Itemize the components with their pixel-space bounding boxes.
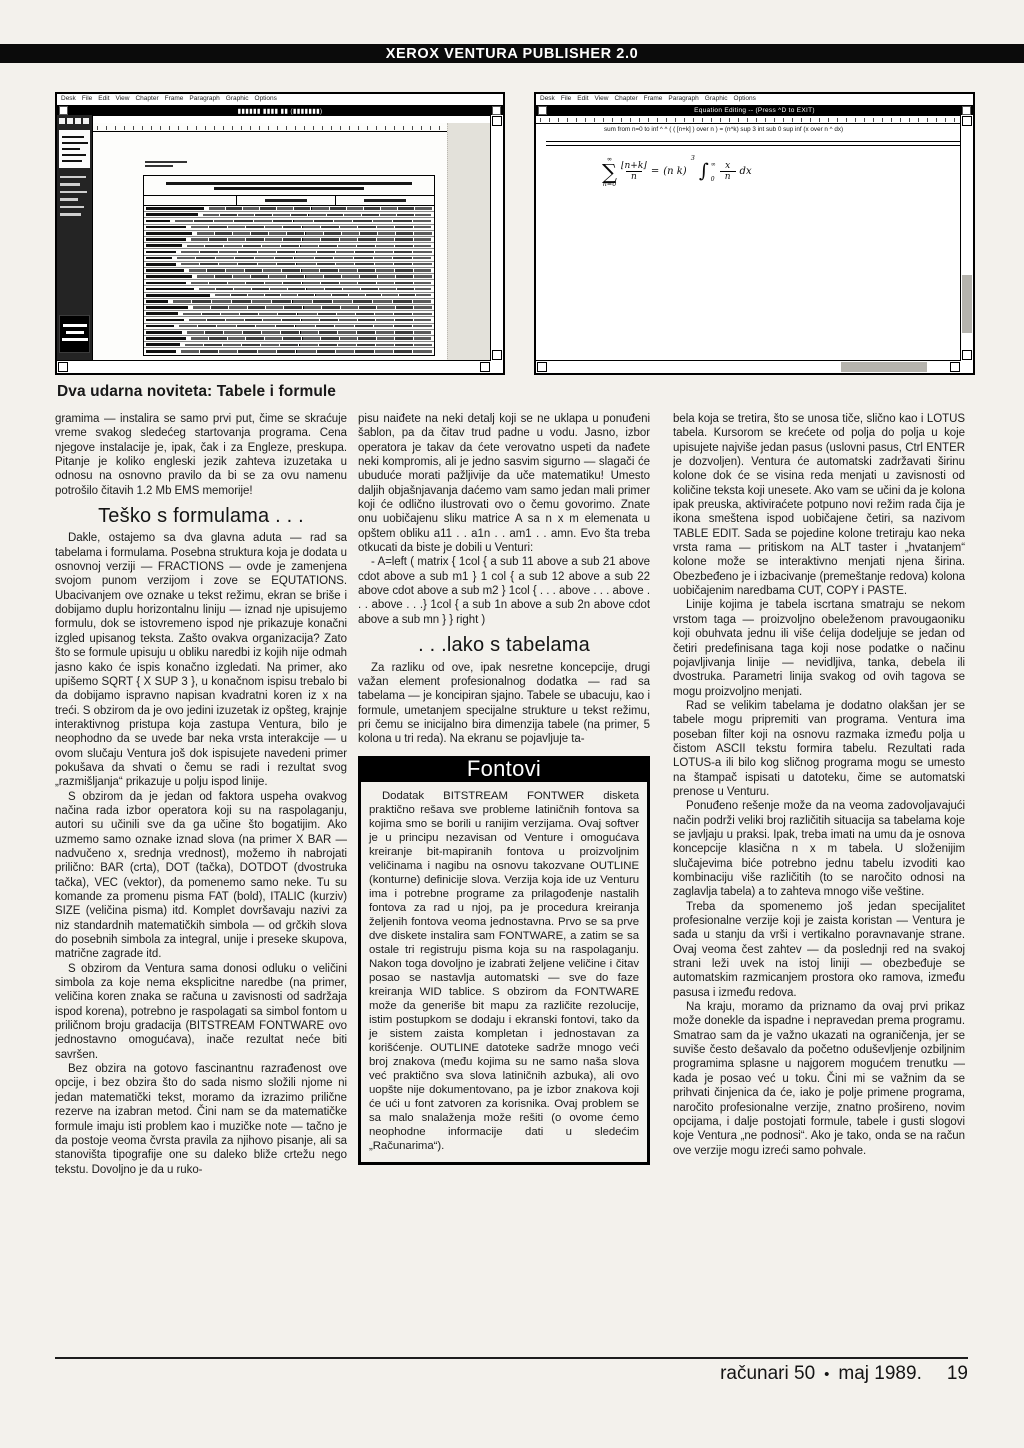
integral-lower-limit: 0 bbox=[711, 176, 716, 183]
column1-intro: gramima — instalira se samo prvi put, či… bbox=[55, 412, 347, 498]
scroll-left-icon bbox=[537, 362, 547, 372]
sum-lower-limit: n=0 bbox=[603, 181, 617, 188]
sidebar-file-list bbox=[57, 176, 92, 216]
paragraph: pisu naiđete na neki detalj koji se ne u… bbox=[358, 412, 650, 555]
paragraph: gramima — instalira se samo prvi put, či… bbox=[55, 412, 347, 498]
vertical-scrollbar bbox=[490, 115, 503, 361]
inner-numerator: x bbox=[725, 161, 730, 171]
integral-limits: ∞ 0 bbox=[711, 161, 716, 183]
integral-symbol: ∫ bbox=[699, 163, 709, 180]
footer-date: maj 1989. bbox=[838, 1363, 921, 1385]
frame-mode-icon bbox=[59, 118, 65, 124]
column2-intro: pisu naiđete na neki detalj koji se ne u… bbox=[358, 412, 650, 627]
equals-sign: = bbox=[651, 166, 659, 177]
menu-item: Graphic bbox=[705, 95, 728, 105]
window-title: ▮▮▮▮▮▮ ▮▮▮▮ ▮▮ (▮▮▮▮▮▮▮) bbox=[70, 107, 490, 115]
paragraph: bela koja se tretira, što se unosa tiče,… bbox=[673, 412, 965, 598]
menu-item: Options bbox=[255, 95, 277, 105]
window-full-icon bbox=[962, 106, 971, 115]
vertical-scrollbar bbox=[960, 115, 973, 361]
table-title-block bbox=[143, 175, 435, 196]
sidebar-list-box bbox=[59, 130, 90, 168]
fontovi-box-body: Dodatak BITSTREAM FONTWER disketa prakti… bbox=[361, 782, 647, 1162]
menu-item: Graphic bbox=[226, 95, 249, 105]
menu-item: Frame bbox=[644, 95, 663, 105]
menu-item: Options bbox=[734, 95, 756, 105]
menu-item: Edit bbox=[98, 95, 109, 105]
footer-journal: računari 50 bbox=[720, 1363, 815, 1385]
window-title-bar: ▮▮▮▮▮▮ ▮▮▮▮ ▮▮ (▮▮▮▮▮▮▮) bbox=[57, 105, 503, 116]
paragraph: Ponuđeno rešenje može da na veoma zadovo… bbox=[673, 799, 965, 899]
fraction-block: ⌊n+k⌋ n bbox=[621, 161, 647, 183]
sum-block: ∞ ∑ n=0 bbox=[602, 156, 617, 188]
article-headline: Dva udarna noviteta: Tabele i formule bbox=[57, 383, 336, 401]
power-base: (n k) bbox=[663, 166, 686, 177]
ruler bbox=[93, 123, 490, 132]
paragraph: Linije kojima je tabela iscrtana smatraj… bbox=[673, 598, 965, 698]
fraction-numerator: ⌊n+k⌋ bbox=[621, 161, 647, 171]
menu-item: Frame bbox=[165, 95, 184, 105]
power-exponent: 3 bbox=[691, 154, 695, 162]
section-heading-tables: . . .lako s tabelama bbox=[358, 638, 650, 652]
ruler bbox=[536, 115, 960, 124]
fontovi-box: Fontovi Dodatak BITSTREAM FONTWER disket… bbox=[358, 756, 650, 1165]
horizontal-scrollbar bbox=[57, 360, 491, 373]
menu-bar: DeskFileEditViewChapterFrameParagraphGra… bbox=[57, 94, 503, 105]
menu-item: File bbox=[561, 95, 571, 105]
paragraph: S obzirom da je jedan od faktora uspeha … bbox=[55, 790, 347, 962]
equation-divider bbox=[546, 141, 961, 146]
page-margin-band bbox=[447, 123, 490, 361]
paragraph: Treba da spomenemo još jedan specijalite… bbox=[673, 900, 965, 1000]
screenshot-ventura-table: DeskFileEditViewChapterFrameParagraphGra… bbox=[55, 92, 505, 375]
menu-item: File bbox=[82, 95, 92, 105]
table-rows-mock bbox=[143, 206, 435, 356]
paragraph: Bez obzira na gotovo fascinantnu razrađe… bbox=[55, 1062, 347, 1177]
scroll-right-icon bbox=[480, 362, 490, 372]
paragraph: Dakle, ostajemo sa dva glavna aduta — ra… bbox=[55, 531, 347, 789]
scroll-down-icon bbox=[492, 350, 502, 360]
inner-denominator: n bbox=[720, 171, 736, 182]
fraction-denominator: n bbox=[626, 171, 642, 182]
footer-rule bbox=[55, 1357, 968, 1359]
scrollbar-thumb bbox=[841, 362, 927, 372]
document-area bbox=[93, 123, 490, 361]
graphic-mode-icon bbox=[83, 118, 89, 124]
window-close-icon bbox=[538, 106, 547, 115]
window-close-icon bbox=[59, 106, 68, 115]
paragraph: - A=left ( matrix { 1col { a sub 11 abov… bbox=[358, 555, 650, 627]
screenshot-equation-editing: DeskFileEditViewChapterFrameParagraphGra… bbox=[534, 92, 975, 375]
banner-title: XEROX VENTURA PUBLISHER 2.0 bbox=[386, 46, 639, 62]
column1-body: Dakle, ostajemo sa dva glavna aduta — ra… bbox=[55, 531, 347, 1176]
rendered-formula: ∞ ∑ n=0 ⌊n+k⌋ n = (n k) 3 ∫ ∞ 0 x n dx bbox=[602, 156, 752, 188]
fontovi-box-title: Fontovi bbox=[361, 759, 647, 782]
table-group-header bbox=[143, 196, 435, 206]
paragraph: Dodatak BITSTREAM FONTWER disketa prakti… bbox=[369, 789, 639, 1153]
column2-body: Za razliku od ove, ipak nesretne koncepc… bbox=[358, 661, 650, 747]
ventura-sidebar bbox=[57, 115, 93, 361]
scroll-up-icon bbox=[962, 116, 972, 126]
menu-item: Paragraph bbox=[189, 95, 219, 105]
paragraph: Rad se velikim tabelama je dodatno olakš… bbox=[673, 699, 965, 799]
article-column-1: gramima — instalira se samo prvi put, či… bbox=[55, 412, 347, 1356]
horizontal-scrollbar bbox=[536, 360, 961, 373]
section-heading-formulas: Teško s formulama . . . bbox=[55, 509, 347, 523]
page-number: 19 bbox=[947, 1363, 968, 1385]
inner-fraction-block: x n bbox=[720, 161, 736, 183]
integral-upper-limit: ∞ bbox=[711, 161, 716, 168]
sigma-symbol: ∑ bbox=[602, 163, 617, 182]
menu-item: Desk bbox=[540, 95, 555, 105]
scrollbar-thumb bbox=[962, 275, 972, 333]
paragraph-mode-icon bbox=[67, 118, 73, 124]
window-full-icon bbox=[492, 106, 501, 115]
menu-item: Chapter bbox=[614, 95, 637, 105]
menu-item: Desk bbox=[61, 95, 76, 105]
document-table-mock bbox=[143, 175, 435, 363]
text-mode-icon bbox=[75, 118, 81, 124]
footer-bullet-icon: • bbox=[824, 1366, 829, 1383]
article-column-3: bela koja se tretira, što se unosa tiče,… bbox=[673, 412, 965, 1356]
differential: dx bbox=[740, 166, 752, 177]
menu-item: Edit bbox=[577, 95, 588, 105]
paragraph: S obzirom da Ventura sama donosi odluku … bbox=[55, 962, 347, 1062]
window-title: Equation Editing -- (Press ^D to EXIT) bbox=[549, 107, 960, 114]
scroll-down-icon bbox=[962, 350, 972, 360]
table-address-lines bbox=[145, 161, 187, 169]
menu-bar: DeskFileEditViewChapterFrameParagraphGra… bbox=[536, 94, 973, 105]
equation-source-line: sum from n=0 to inf ^ ^ ( ( [n+k] ) over… bbox=[604, 126, 959, 133]
menu-item: View bbox=[116, 95, 130, 105]
scroll-right-icon bbox=[950, 362, 960, 372]
scroll-up-icon bbox=[492, 116, 502, 126]
menu-item: Paragraph bbox=[668, 95, 698, 105]
scroll-left-icon bbox=[58, 362, 68, 372]
menu-item: Chapter bbox=[135, 95, 158, 105]
article-column-2: pisu naiđete na neki detalj koji se ne u… bbox=[358, 412, 650, 1165]
menu-item: View bbox=[595, 95, 609, 105]
page-footer: računari 50 • maj 1989. 19 bbox=[720, 1363, 968, 1385]
column3-body: bela koja se tretira, što se unosa tiče,… bbox=[673, 412, 965, 1158]
paragraph: Za razliku od ove, ipak nesretne koncepc… bbox=[358, 661, 650, 747]
sidebar-logo-block bbox=[59, 315, 90, 353]
mode-icons bbox=[57, 115, 92, 127]
page-banner: XEROX VENTURA PUBLISHER 2.0 bbox=[0, 44, 1024, 63]
paragraph: Na kraju, moramo da priznamo da ovaj prv… bbox=[673, 1000, 965, 1158]
